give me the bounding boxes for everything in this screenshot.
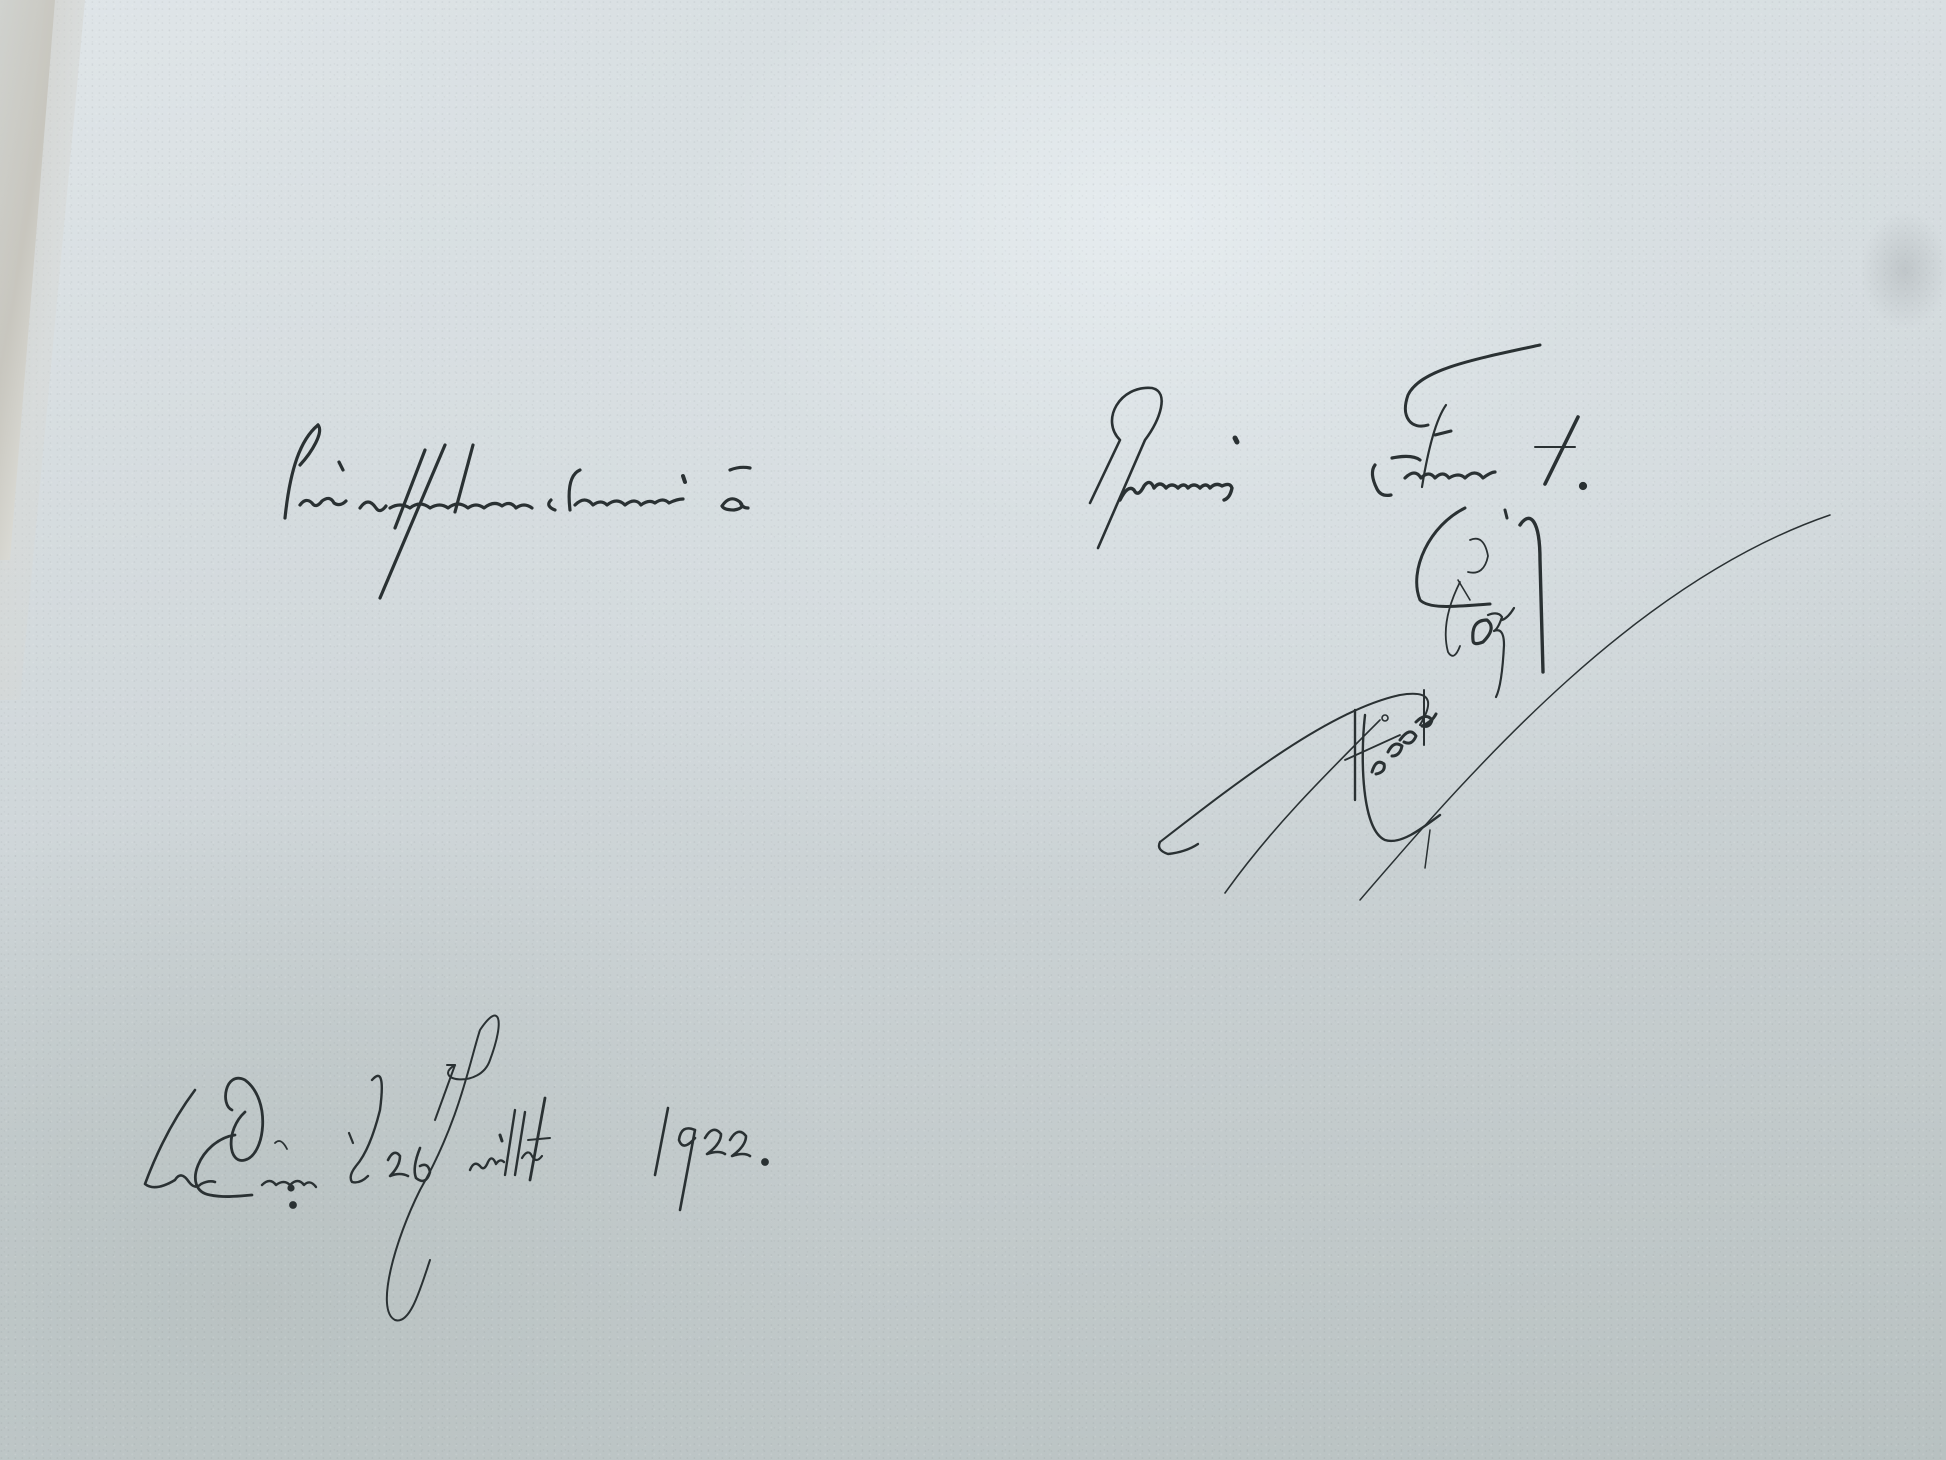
signature-strokes — [1159, 508, 1830, 900]
book-page-photo: Très affectueux souvenir à Monsieur Fouc… — [0, 0, 1946, 1460]
date-line-strokes — [145, 1016, 768, 1321]
handwriting-ink-layer — [0, 0, 1946, 1460]
dedication-strokes — [285, 345, 1586, 598]
